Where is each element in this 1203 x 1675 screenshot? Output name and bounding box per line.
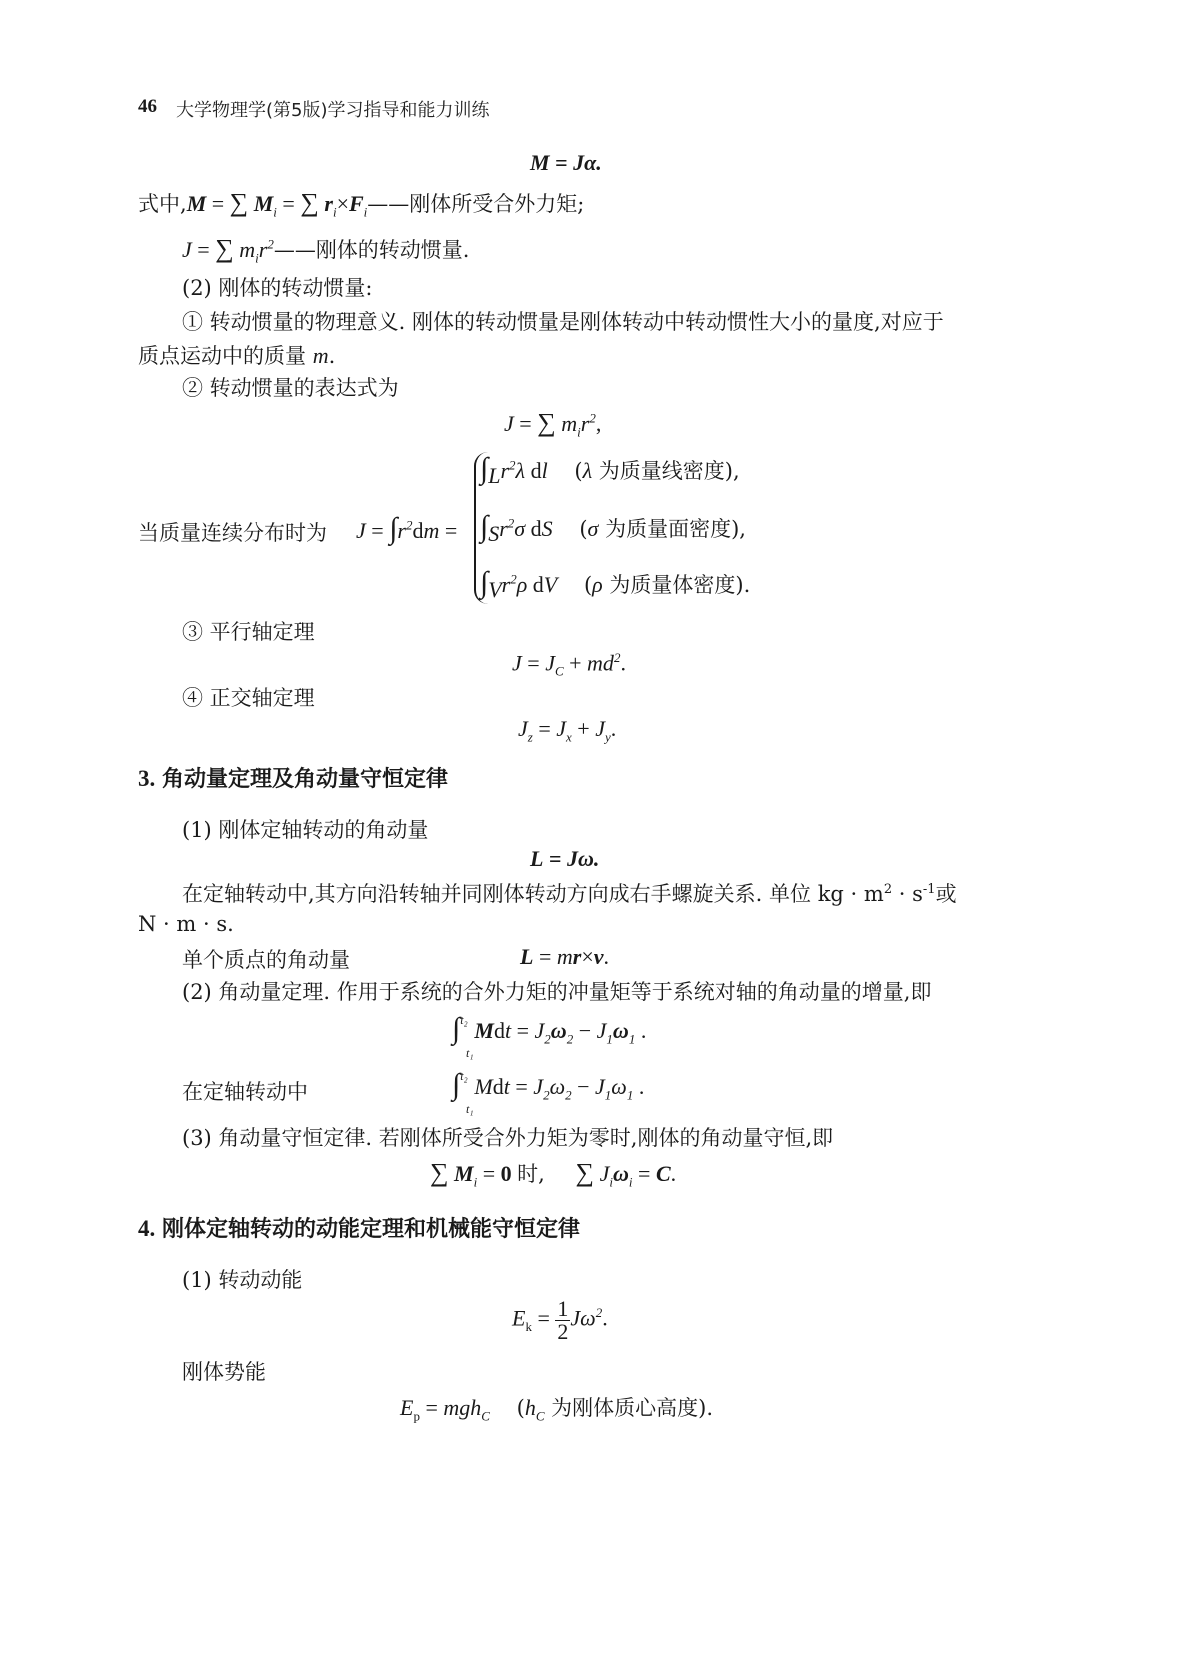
inertia-definition-line: J = ∑ mir2——刚体的转动惯量. [182, 234, 470, 266]
s3-item1: (1) 刚体定轴转动的角动量 [182, 814, 428, 844]
item-c1-line2: 质点运动中的质量 m. [138, 340, 335, 370]
potential-energy-label: 刚体势能 [182, 1356, 266, 1386]
inertia-definition-text: ——刚体的转动惯量. [274, 238, 470, 262]
item-c4: ④ 正交轴定理 [182, 682, 315, 712]
item-2-heading: (2) 刚体的转动惯量: [182, 272, 373, 302]
fixed-axis-label: 在定轴转动中 [182, 1076, 308, 1106]
case-volume: ∫Vr2ρ dV (ρ 为质量体密度). [480, 566, 750, 603]
torque-definition-text: ——刚体所受合外力矩; [367, 192, 584, 216]
s3-item2: (2) 角动量定理. 作用于系统的合外力矩的冲量矩等于系统对轴的角动量的增量,即 [182, 976, 931, 1006]
equation-perpendicular-axis: Jz = Jx + Jy. [518, 716, 616, 745]
case-surface: ∫Sr2σ dS (σ 为质量面密度), [480, 510, 746, 547]
item-c2: ② 转动惯量的表达式为 [182, 372, 399, 402]
equation-potential-energy: Ep = mghC (hC 为刚体质心高度). [400, 1392, 713, 1424]
document-page: 46 大学物理学(第5版)学习指导和能力训练 M = Jα. 式中,M = ∑ … [0, 0, 1203, 1675]
equation-angular-impulse-vector: ∫t₂ Mdt = J2ω2 − J1ω1 . t₁ [452, 1012, 646, 1047]
s4-item1: (1) 转动动能 [182, 1264, 302, 1294]
equation-angular-impulse-scalar: ∫t₂ Mdt = J2ω2 − J1ω1 . t₁ [452, 1068, 644, 1103]
equation-conservation: ∑ Mi = 0 时, ∑ Jiωi = C. [430, 1158, 676, 1190]
page-number: 46 [138, 96, 157, 118]
s3-para-line1: 在定轴转动中,其方向沿转轴并同刚体转动方向成右手螺旋关系. 单位 kg · m2… [182, 878, 957, 908]
section-3-heading: 3. 角动量定理及角动量守恒定律 [138, 762, 448, 793]
equation-inertia-integral: J = ∫r2dm = [356, 512, 457, 546]
book-title: 大学物理学(第5版)学习指导和能力训练 [176, 96, 490, 122]
continuous-label: 当质量连续分布时为 [138, 517, 327, 547]
equation-torque: M = Jα. [530, 150, 602, 176]
equation-particle-angular-momentum: L = mr×v. [520, 944, 609, 970]
equation-inertia-sum: J = ∑ mir2, [504, 408, 601, 440]
prefix-text: 式中, [138, 192, 187, 216]
single-particle-label: 单个质点的角动量 [182, 944, 350, 974]
equation-kinetic-energy: Ek = 12Jω2. [512, 1298, 608, 1343]
equation-parallel-axis: J = JC + md2. [512, 650, 626, 680]
item-c3: ③ 平行轴定理 [182, 616, 315, 646]
item-c1-line1: ① 转动惯量的物理意义. 刚体的转动惯量是刚体转动中转动惯性大小的量度,对应于 [182, 306, 944, 336]
section-4-heading: 4. 刚体定轴转动的动能定理和机械能守恒定律 [138, 1212, 580, 1243]
equation-angular-momentum: L = Jω. [530, 846, 599, 872]
case-line: ∫Lr2λ dl (λ 为质量线密度), [480, 452, 740, 489]
s3-item3: (3) 角动量守恒定律. 若刚体所受合外力矩为零时,刚体的角动量守恒,即 [182, 1122, 833, 1152]
s3-para-line2: N · m · s. [138, 912, 234, 936]
torque-definition-line: 式中,M = ∑ Mi = ∑ ri×Fi——刚体所受合外力矩; [138, 188, 584, 220]
